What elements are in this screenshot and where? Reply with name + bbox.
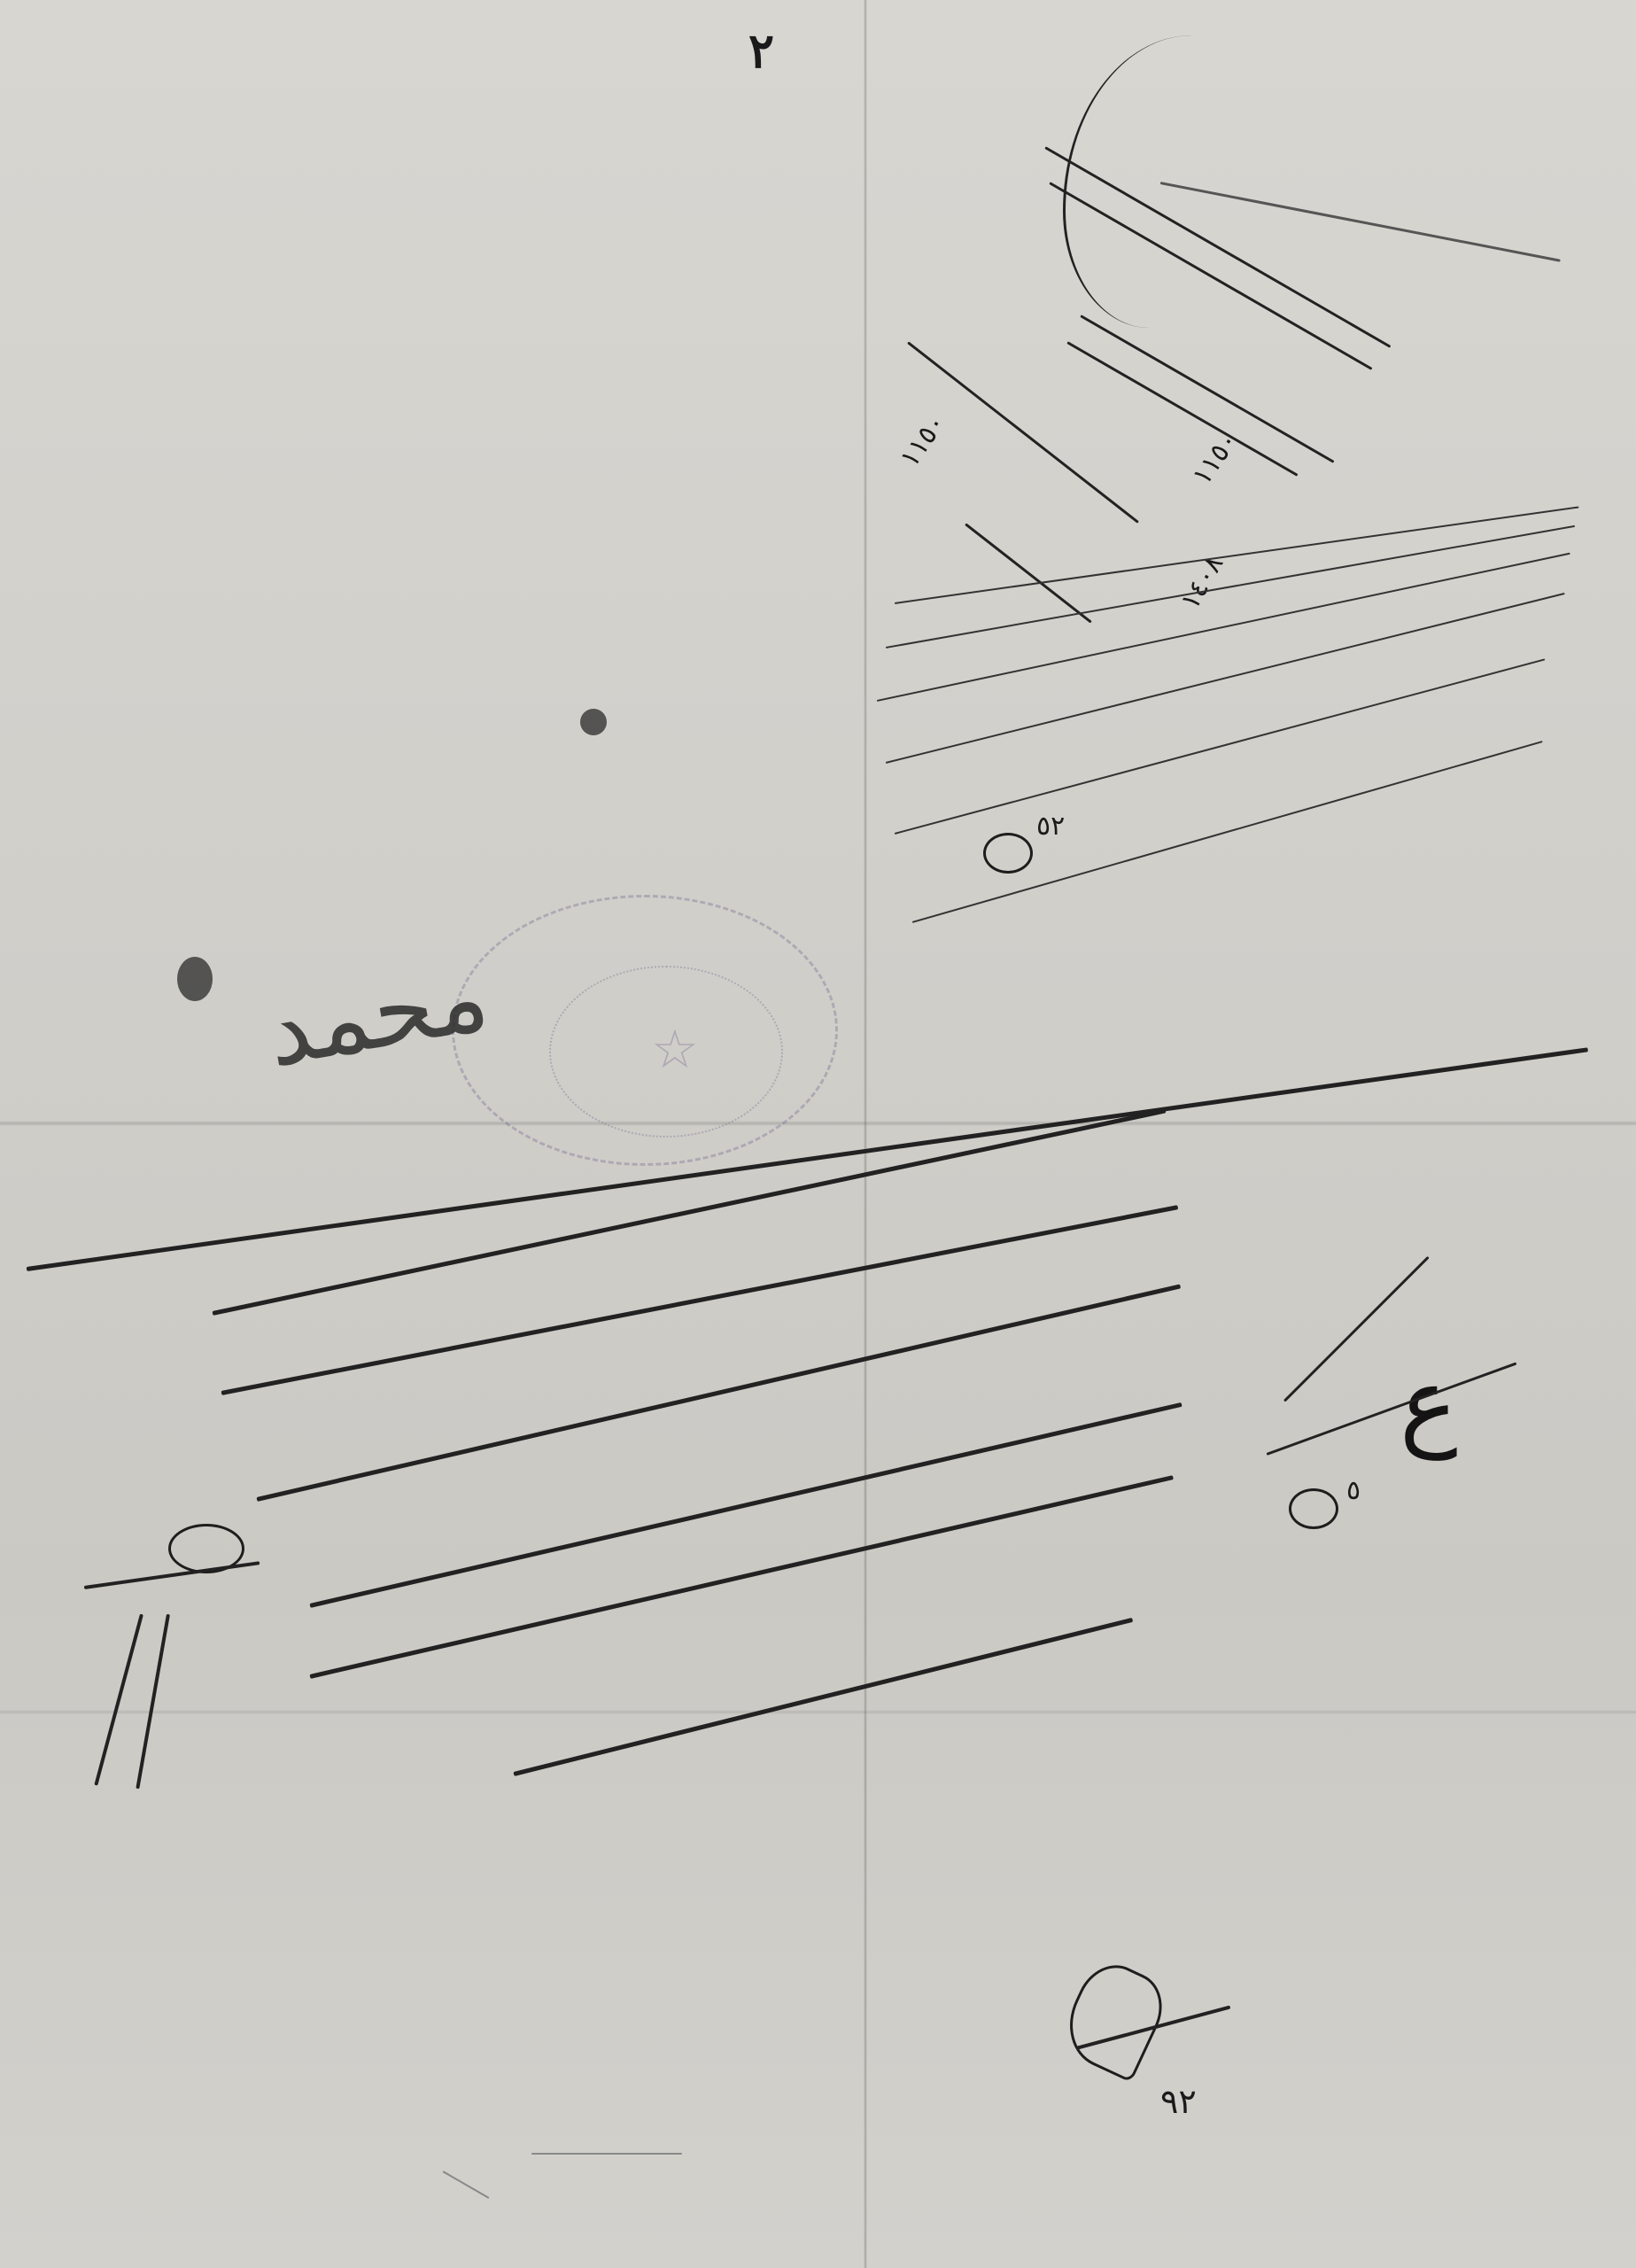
star-icon: ☆ bbox=[651, 1019, 699, 1081]
small-signature-mark bbox=[1289, 1488, 1338, 1529]
ink-blot bbox=[177, 957, 213, 1001]
signature-number: ٩٢ bbox=[1160, 2082, 1197, 2121]
vertical-fold-line bbox=[864, 0, 867, 2268]
horizontal-fold-line-lower bbox=[0, 1710, 1636, 1714]
faint-mark bbox=[531, 2153, 682, 2155]
note-number: ٥٢ bbox=[1036, 811, 1065, 842]
ink-blot bbox=[580, 709, 607, 735]
document-paper bbox=[0, 0, 1636, 2268]
horizontal-fold-line bbox=[0, 1121, 1636, 1126]
page-number-mark: ٢ bbox=[748, 22, 774, 79]
small-signature-mark bbox=[983, 833, 1033, 874]
note-number: ٥ bbox=[1346, 1475, 1361, 1506]
